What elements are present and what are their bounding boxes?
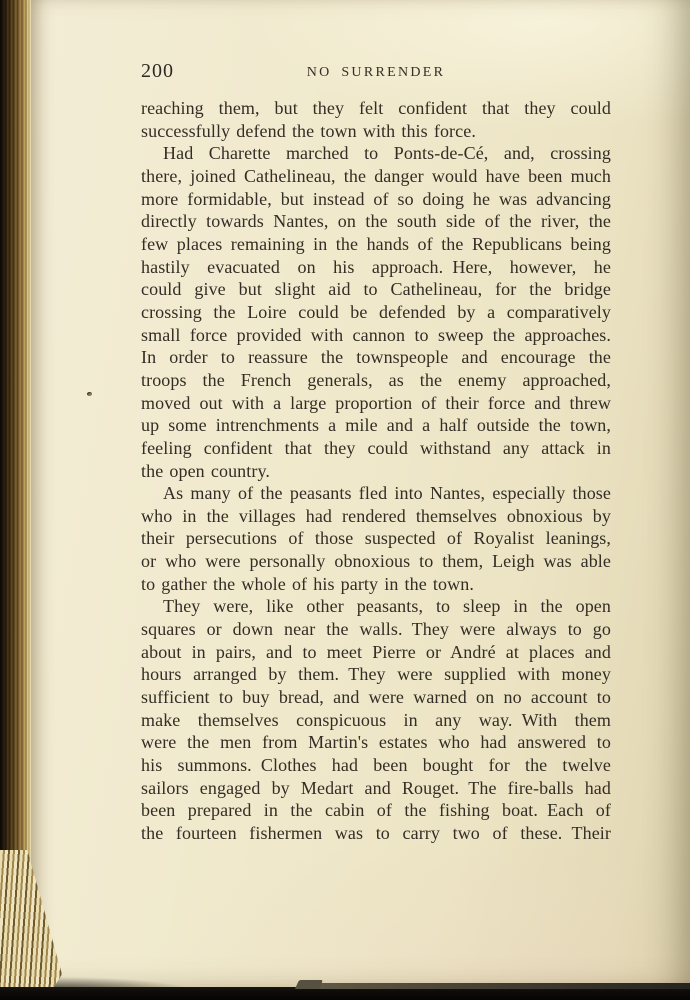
text-line: squares or down near the walls. They wer… — [141, 618, 611, 641]
text-line: about in pairs, and to meet Pierre or An… — [141, 641, 611, 664]
book-board-edge — [306, 983, 690, 989]
text-line: They were, like other peasants, to sleep… — [141, 595, 611, 618]
text-line: up some intrenchments a mile and a half … — [141, 414, 611, 437]
book-board-corner — [295, 980, 323, 989]
text-line: were the men from Martin's estates who h… — [141, 731, 611, 754]
text-line: reaching them, but they felt confident t… — [141, 97, 611, 120]
text-line: feeling confident that they could withst… — [141, 437, 611, 460]
text-line: Had Charette marched to Ponts-de-Cé, and… — [141, 142, 611, 165]
text-line: the open country. — [141, 460, 611, 483]
text-line: his summons. Clothes had been bought for… — [141, 754, 611, 777]
text-line: small force provided with cannon to swee… — [141, 324, 611, 347]
body-text: reaching them, but they felt confident t… — [141, 97, 611, 845]
text-line: could give but slight aid to Cathelineau… — [141, 278, 611, 301]
binding-edge — [0, 0, 31, 989]
text-line: few places remaining in the hands of the… — [141, 233, 611, 256]
text-line: more formidable, but instead of so doing… — [141, 188, 611, 211]
text-line: their persecutions of those suspected of… — [141, 527, 611, 550]
text-line: the fourteen fishermen was to carry two … — [141, 822, 611, 845]
text-line: troops the French generals, as the enemy… — [141, 369, 611, 392]
text-line: sailors engaged by Medart and Rouget. Th… — [141, 777, 611, 800]
text-line: directly towards Nantes, on the south si… — [141, 210, 611, 233]
text-line: moved out with a large proportion of the… — [141, 392, 611, 415]
book-page: 200 NO SURRENDER reaching them, but they… — [31, 0, 690, 989]
text-line: crossing the Loire could be defended by … — [141, 301, 611, 324]
text-line: or who were personally obnoxious to them… — [141, 550, 611, 573]
text-line: been prepared in the cabin of the fishin… — [141, 799, 611, 822]
book-scan: 200 NO SURRENDER reaching them, but they… — [0, 0, 690, 1000]
text-line: In order to reassure the townspeople and… — [141, 346, 611, 369]
paragraph: As many of the peasants fled into Nantes… — [141, 482, 611, 595]
text-line: make themselves conspicuous in any way. … — [141, 709, 611, 732]
text-line: to gather the whole of his party in the … — [141, 573, 611, 596]
running-title: NO SURRENDER — [141, 65, 611, 81]
text-line: sufficient to buy bread, and were warned… — [141, 686, 611, 709]
text-line: there, joined Cathelineau, the danger wo… — [141, 165, 611, 188]
text-line: hours arranged by them. They were suppli… — [141, 663, 611, 686]
paragraph: They were, like other peasants, to sleep… — [141, 595, 611, 844]
text-line: As many of the peasants fled into Nantes… — [141, 482, 611, 505]
paragraph: reaching them, but they felt confident t… — [141, 97, 611, 142]
text-line: successfully defend the town with this f… — [141, 120, 611, 143]
page-header: 200 NO SURRENDER — [141, 60, 611, 84]
text-line: hastily evacuated on his approach. Here,… — [141, 256, 611, 279]
paragraph: Had Charette marched to Ponts-de-Cé, and… — [141, 142, 611, 482]
paper-fleck — [87, 392, 92, 396]
text-line: who in the villages had rendered themsel… — [141, 505, 611, 528]
